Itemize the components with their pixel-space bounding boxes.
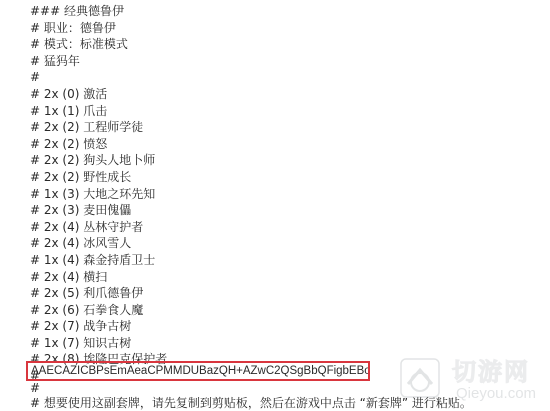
card-line: # 2x (4) 丛林守护者 xyxy=(30,219,167,236)
card-line: # 2x (2) 工程师学徒 xyxy=(30,119,167,136)
card-line: # 2x (2) 狗头人地卜师 xyxy=(30,152,167,169)
card-line: # 2x (4) 横扫 xyxy=(30,269,167,286)
card-line: # 2x (3) 麦田傀儡 xyxy=(30,202,167,219)
mode-line: # 模式：标准模式 xyxy=(30,36,167,53)
card-line: # 2x (6) 石拳食人魔 xyxy=(30,302,167,319)
separator-line: # xyxy=(30,69,167,86)
card-line: # 1x (3) 大地之环先知 xyxy=(30,186,167,203)
card-line: # 2x (0) 激活 xyxy=(30,86,167,103)
card-line: # 2x (2) 野性成长 xyxy=(30,169,167,186)
instructions-block: # # 想要使用这副套牌，请先复制到剪贴板，然后在游戏中点击 “新套牌” 进行粘… xyxy=(30,381,472,411)
deck-code-highlight[interactable]: AAECAZICBPsEmAeaCPMMDUBazQH+AZwC2QSgBbQF… xyxy=(26,361,370,381)
paste-instructions: # 想要使用这副套牌，请先复制到剪贴板，然后在游戏中点击 “新套牌” 进行粘贴。 xyxy=(30,396,472,411)
deck-title: ### 经典德鲁伊 xyxy=(30,3,167,20)
class-line: # 职业：德鲁伊 xyxy=(30,20,167,37)
card-line: # 1x (7) 知识古树 xyxy=(30,335,167,352)
year-line: # 猛犸年 xyxy=(30,53,167,70)
card-line: # 2x (4) 冰风雪人 xyxy=(30,235,167,252)
card-line: # 1x (1) 爪击 xyxy=(30,103,167,120)
deck-document: ### 经典德鲁伊 # 职业：德鲁伊 # 模式：标准模式 # 猛犸年 # # 2… xyxy=(30,3,167,385)
card-line: # 2x (5) 利爪德鲁伊 xyxy=(30,285,167,302)
separator-line: # xyxy=(30,381,472,396)
card-line: # 1x (4) 森金持盾卫士 xyxy=(30,252,167,269)
card-line: # 2x (7) 战争古树 xyxy=(30,318,167,335)
card-line: # 2x (2) 愤怒 xyxy=(30,136,167,153)
